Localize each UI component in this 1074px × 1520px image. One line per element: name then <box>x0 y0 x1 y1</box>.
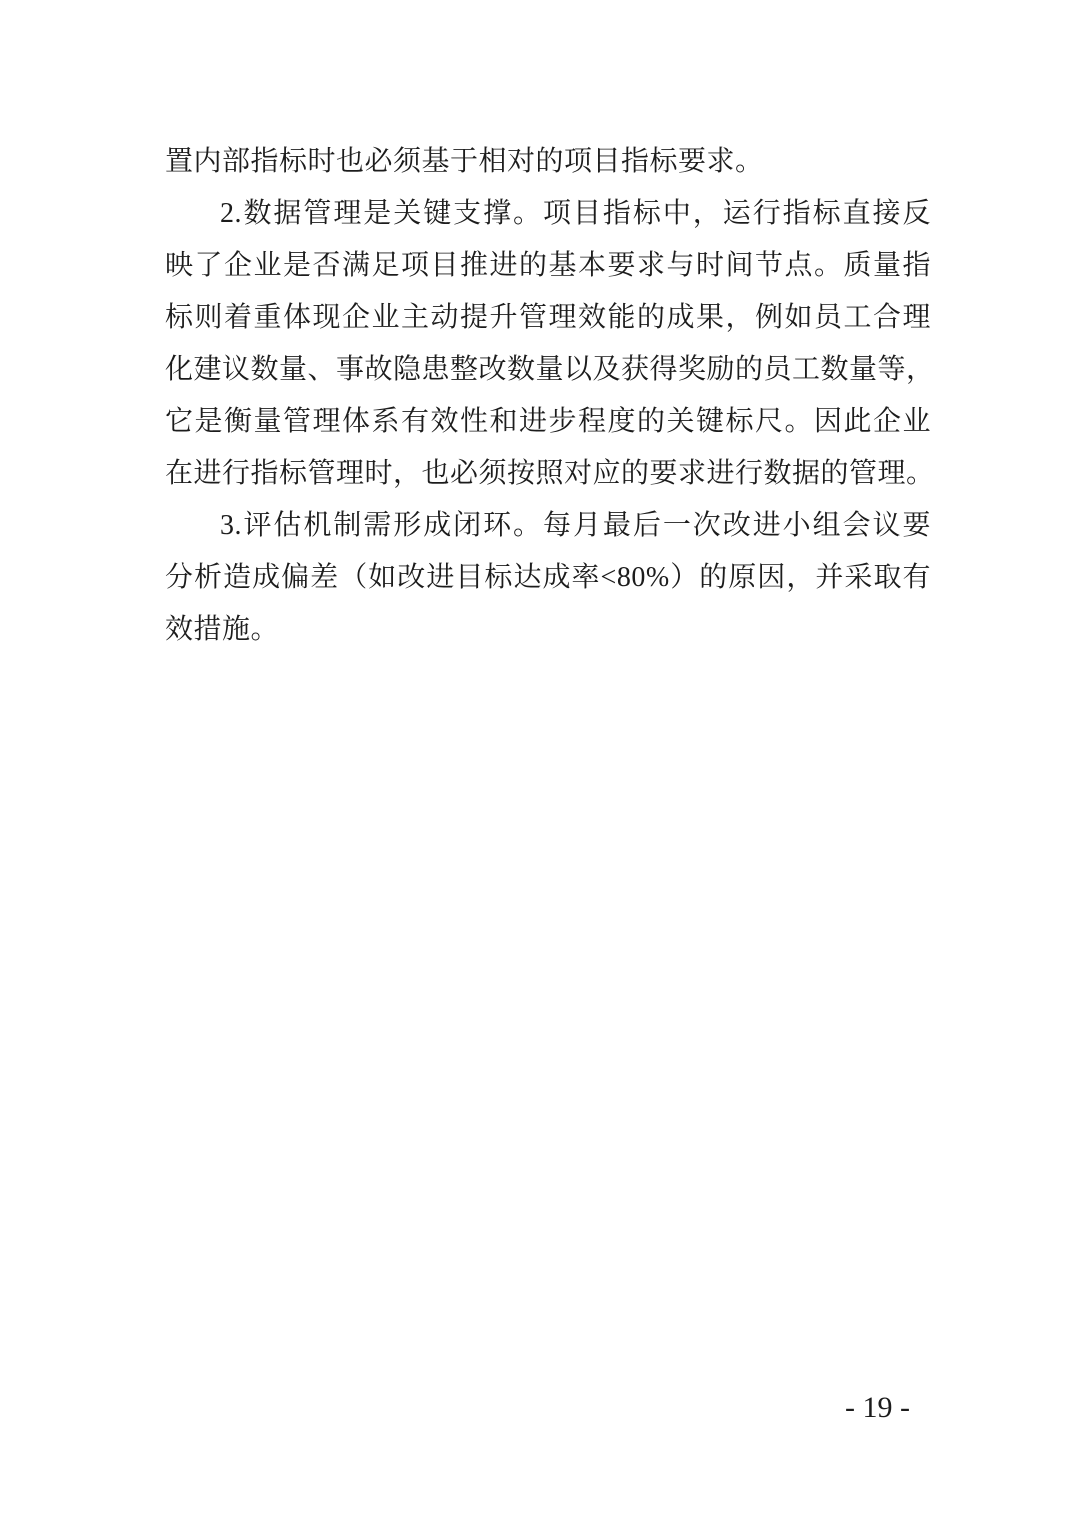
text-line-8: 3.评估机制需形成闭环。每月最后一次改进小组会议要 <box>165 500 931 552</box>
document-page: 置内部指标时也必须基于相对的项目指标要求。 2.数据管理是关键支撑。项目指标中，… <box>0 0 1074 1520</box>
text-line-9: 分析造成偏差（如改进目标达成率<80%）的原因，并采取有 <box>165 552 931 604</box>
text-line-1: 置内部指标时也必须基于相对的项目指标要求。 <box>165 136 931 188</box>
page-number: - 19 - <box>845 1390 910 1426</box>
text-line-6: 它是衡量管理体系有效性和进步程度的关键标尺。因此企业 <box>165 396 931 448</box>
text-line-7: 在进行指标管理时，也必须按照对应的要求进行数据的管理。 <box>165 448 931 500</box>
body-text: 置内部指标时也必须基于相对的项目指标要求。 2.数据管理是关键支撑。项目指标中，… <box>165 136 931 656</box>
text-line-5: 化建议数量、事故隐患整改数量以及获得奖励的员工数量等， <box>165 344 931 396</box>
text-line-4: 标则着重体现企业主动提升管理效能的成果，例如员工合理 <box>165 292 931 344</box>
text-line-2: 2.数据管理是关键支撑。项目指标中，运行指标直接反 <box>165 188 931 240</box>
text-line-3: 映了企业是否满足项目推进的基本要求与时间节点。质量指 <box>165 240 931 292</box>
text-line-10: 效措施。 <box>165 604 931 656</box>
